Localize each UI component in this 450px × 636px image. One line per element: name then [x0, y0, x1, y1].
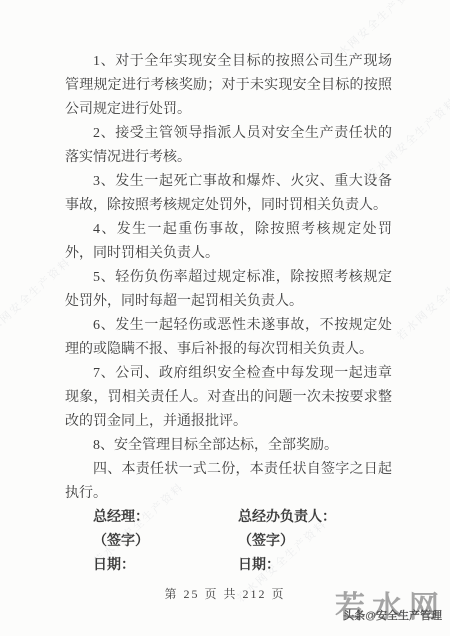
paragraph-6: 6、发生一起轻伤或恶性未遂事故，不按规定处理的或隐瞒不报、事后补报的每次罚相关负…: [65, 314, 392, 362]
signature-sign-right: （签字）: [238, 530, 392, 554]
signature-sign-row: （签字） （签字）: [93, 530, 392, 554]
paragraph-7: 7、公司、政府组织安全检查中每发现一起违章现象，罚相关责任人。对查出的问题一次未…: [65, 362, 392, 434]
document-page: 若水网安全生产资料 若水网安全生产资料 若水网安全生产资料 若水网安全生产资料 …: [0, 0, 450, 636]
diagonal-watermark: 若水网安全生产资料: [393, 254, 450, 344]
paragraph-section-4: 四、本责任状一式二份，本责任状自签字之日起执行。: [65, 458, 392, 506]
signature-block: 总经理： 总经办负责人： （签字） （签字） 日期： 日期：: [65, 506, 392, 578]
paragraph-3: 3、发生一起死亡事故和爆炸、火灾、重大设备事故，除按照考核规定处罚外，同时罚相关…: [65, 170, 392, 218]
site-watermark-caption: 头条@安全生产管理: [343, 607, 442, 623]
paragraph-2: 2、接受主管领导指派人员对安全生产责任状的落实情况进行考核。: [65, 122, 392, 170]
signature-role-left: 总经理：: [93, 506, 238, 530]
site-watermark: 若水网 头条@安全生产管理: [328, 586, 448, 628]
signature-role-right: 总经办负责人：: [238, 506, 392, 530]
paragraph-1: 1、对于全年实现安全目标的按照公司生产现场管理规定进行考核奖励；对于未实现安全目…: [65, 50, 392, 122]
signature-sign-left: （签字）: [93, 530, 238, 554]
signature-role-row: 总经理： 总经办负责人：: [93, 506, 392, 530]
paragraph-4: 4、发生一起重伤事故，除按照考核规定处罚外，同时罚相关负责人。: [65, 218, 392, 266]
document-body: 1、对于全年实现安全目标的按照公司生产现场管理规定进行考核奖励；对于未实现安全目…: [65, 50, 392, 578]
signature-date-left: 日期：: [93, 554, 238, 578]
diagonal-watermark: 若水网安全生产资料: [0, 254, 74, 344]
paragraph-8: 8、安全管理目标全部达标，全部奖励。: [65, 434, 392, 458]
paragraph-5: 5、轻伤负伤率超过规定标准，除按照考核规定处罚外，同时每超一起罚相关负责人。: [65, 266, 392, 314]
signature-date-row: 日期： 日期：: [93, 554, 392, 578]
signature-date-right: 日期：: [238, 554, 392, 578]
